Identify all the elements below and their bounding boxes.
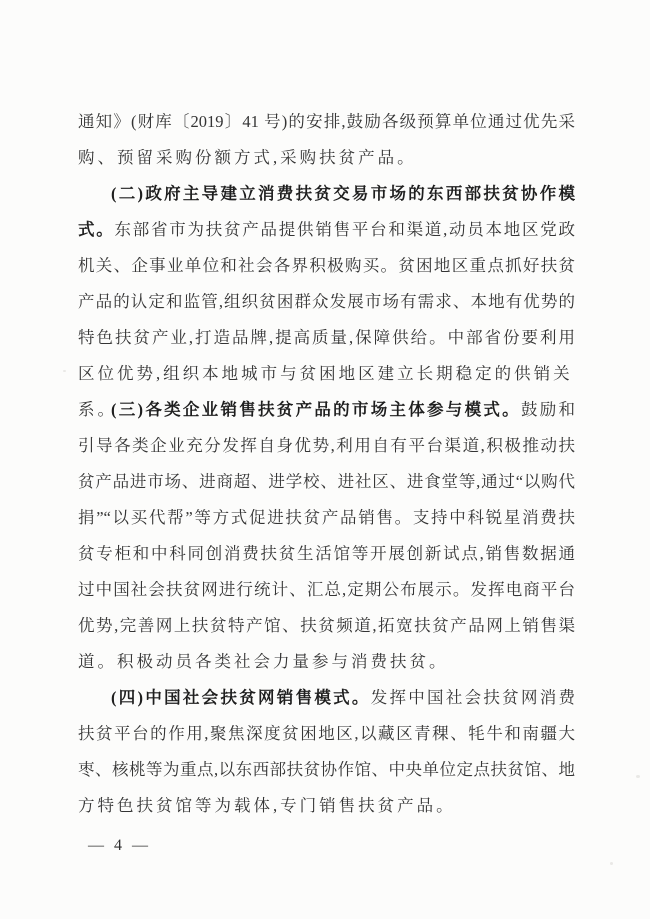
text-line: 贫产品进市场、进商超、进学校、进社区、进食堂等,通过“以购代 <box>78 464 575 500</box>
scan-speck <box>63 370 66 372</box>
text-segment: 东部省市为扶贫产品提供销售平台和渠道,动员本地区党政 <box>115 220 576 239</box>
text-line: 贫专柜和中科同创消费扶贫生活馆等开展创新试点,销售数据通 <box>78 536 575 572</box>
text-line: 捐”“以买代帮”等方式促进扶贫产品销售。支持中科锐星消费扶 <box>78 500 575 536</box>
text-segment: 贫产品进市场、进商超、进学校、进社区、进食堂等,通过“以购代 <box>78 472 575 491</box>
text-segment: 引导各类企业充分发挥自身优势,利用自有平台渠道,积极推动扶 <box>78 436 575 455</box>
text-line: 区位优势,组织本地城市与贫困地区建立长期稳定的供销关系。 <box>78 356 575 392</box>
text-line: (四)中国社会扶贫网销售模式。发挥中国社会扶贫网消费 <box>78 680 575 716</box>
heading-segment: (三)各类企业销售扶贫产品的市场主体参与模式。 <box>111 400 521 419</box>
text-line: 购、预留采购份额方式,采购扶贫产品。 <box>78 140 575 176</box>
text-line: 引导各类企业充分发挥自身优势,利用自有平台渠道,积极推动扶 <box>78 428 575 464</box>
text-segment: 扶贫平台的作用,聚焦深度贫困地区,以藏区青稞、牦牛和南疆大 <box>78 724 575 743</box>
document-text: 通知》(财库〔2019〕41 号)的安排,鼓励各级预算单位通过优先采购、预留采购… <box>78 104 575 824</box>
text-segment: 特色扶贫产业,打造品牌,提高质量,保障供给。中部省份要利用 <box>78 328 575 347</box>
text-segment: 过中国社会扶贫网进行统计、汇总,定期公布展示。发挥电商平台 <box>78 580 575 599</box>
scan-speck <box>610 862 613 865</box>
text-line: 优势,完善网上扶贫特产馆、扶贫频道,拓宽扶贫产品网上销售渠 <box>78 608 575 644</box>
text-line: 道。积极动员各类社会力量参与消费扶贫。 <box>78 644 575 680</box>
text-segment: 枣、核桃等为重点,以东西部扶贫协作馆、中央单位定点扶贫馆、地 <box>78 760 575 779</box>
text-segment: 购、预留采购份额方式,采购扶贫产品。 <box>78 148 417 167</box>
heading-segment: (二)政府主导建立消费扶贫交易市场的东西部扶贫协作模 <box>111 184 575 203</box>
text-segment: 机关、企事业单位和社会各界积极购买。贫困地区重点抓好扶贫 <box>78 256 575 275</box>
heading-segment: (四)中国社会扶贫网销售模式。 <box>111 688 371 707</box>
text-segment: 通知》(财库〔2019〕41 号)的安排,鼓励各级预算单位通过优先采 <box>78 112 575 131</box>
text-segment: 鼓励和 <box>521 400 575 419</box>
text-line: (二)政府主导建立消费扶贫交易市场的东西部扶贫协作模 <box>78 176 575 212</box>
text-line: 产品的认定和监管,组织贫困群众发展市场有需求、本地有优势的 <box>78 284 575 320</box>
text-line: 过中国社会扶贫网进行统计、汇总,定期公布展示。发挥电商平台 <box>78 572 575 608</box>
text-segment: 优势,完善网上扶贫特产馆、扶贫频道,拓宽扶贫产品网上销售渠 <box>78 616 575 635</box>
text-segment: 发挥中国社会扶贫网消费 <box>371 688 575 707</box>
text-segment: 道。积极动员各类社会力量参与消费扶贫。 <box>78 652 449 671</box>
text-line: 式。东部省市为扶贫产品提供销售平台和渠道,动员本地区党政 <box>78 212 575 248</box>
text-segment: 产品的认定和监管,组织贫困群众发展市场有需求、本地有优势的 <box>78 292 575 311</box>
text-segment: 贫专柜和中科同创消费扶贫生活馆等开展创新试点,销售数据通 <box>78 544 575 563</box>
text-line: 扶贫平台的作用,聚焦深度贫困地区,以藏区青稞、牦牛和南疆大 <box>78 716 575 752</box>
text-line: 特色扶贫产业,打造品牌,提高质量,保障供给。中部省份要利用 <box>78 320 575 356</box>
text-line: 枣、核桃等为重点,以东西部扶贫协作馆、中央单位定点扶贫馆、地 <box>78 752 575 788</box>
heading-segment: 式。 <box>78 220 115 239</box>
text-line: (三)各类企业销售扶贫产品的市场主体参与模式。鼓励和 <box>78 392 575 428</box>
text-line: 通知》(财库〔2019〕41 号)的安排,鼓励各级预算单位通过优先采 <box>78 104 575 140</box>
text-line: 机关、企事业单位和社会各界积极购买。贫困地区重点抓好扶贫 <box>78 248 575 284</box>
text-line: 方特色扶贫馆等为载体,专门销售扶贫产品。 <box>78 788 575 824</box>
text-segment: 捐”“以买代帮”等方式促进扶贫产品销售。支持中科锐星消费扶 <box>78 508 575 527</box>
text-segment: 方特色扶贫馆等为载体,专门销售扶贫产品。 <box>78 796 456 815</box>
scan-speck <box>636 775 640 778</box>
page-number: — 4 — <box>88 828 151 864</box>
document-page: 通知》(财库〔2019〕41 号)的安排,鼓励各级预算单位通过优先采购、预留采购… <box>0 0 650 919</box>
